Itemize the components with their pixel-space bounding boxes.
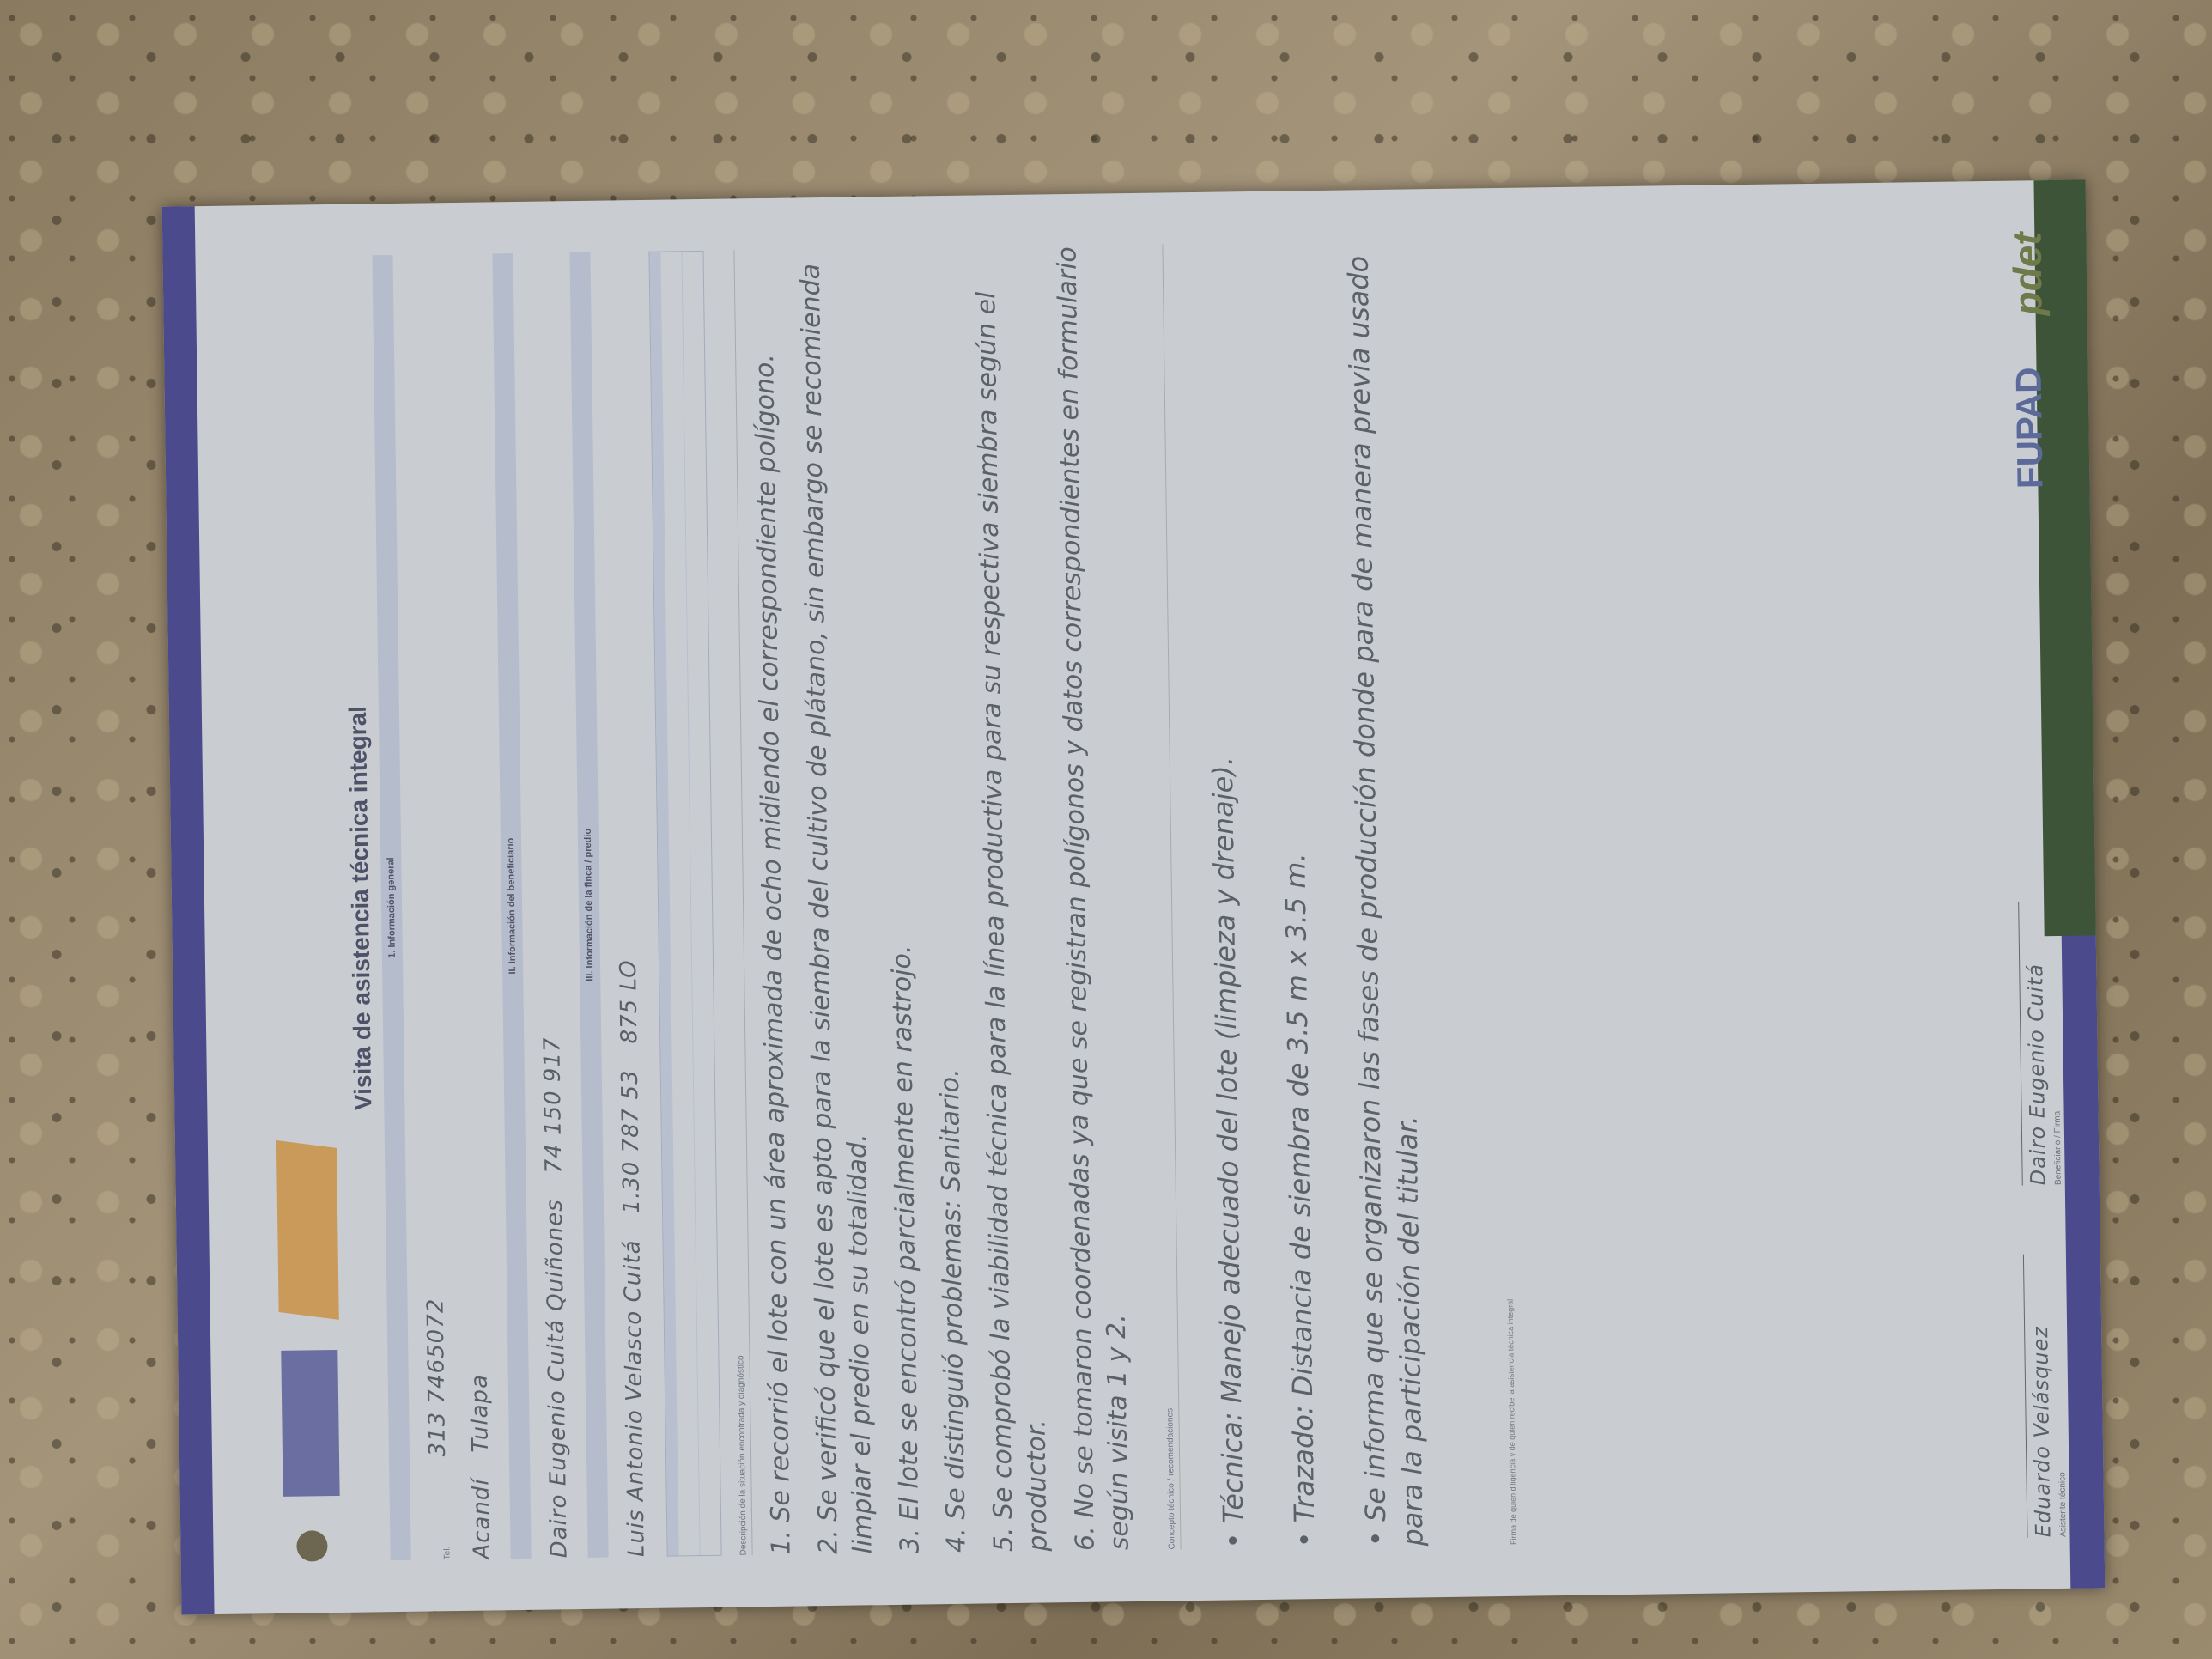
form-page: Visita de asistencia técnica integral 1.… xyxy=(162,179,2106,1614)
form-fields: 1. Información general Tel.313 7465072 A… xyxy=(372,200,659,1612)
form-footer: Eduardo VelásquezAsistente técnico Dairo… xyxy=(2003,232,2068,1538)
government-seal-icon xyxy=(296,1530,327,1561)
brand-logos: FUPAD pdet xyxy=(2003,232,2053,489)
observation-item: 3. El lote se encontró parcialmente en r… xyxy=(875,248,928,1553)
municipality-value: Acandí xyxy=(468,1478,495,1559)
document-id-value: 74 150 917 xyxy=(539,1036,567,1173)
ministry-logo xyxy=(281,1350,339,1497)
pdet-logo: pdet xyxy=(2003,232,2051,316)
beneficiary-name-value: Dairo Eugenio Cuitá Quiñones xyxy=(542,1199,573,1559)
farm-owner-value: Luis Antonio Velasco Cuitá xyxy=(620,1239,650,1557)
program-logo xyxy=(276,1140,339,1320)
observation-item: 4. Se distinguió problemas: Sanitario. xyxy=(921,247,975,1553)
phone-value: 313 7465072 xyxy=(422,1297,451,1456)
recommendations-section: Concepto técnico / recomendaciones • Téc… xyxy=(1139,189,1476,1601)
signature-technician: Eduardo VelásquezAsistente técnico xyxy=(2023,1254,2069,1538)
observations-header: Descripción de la situación encontrada y… xyxy=(720,250,752,1555)
footer-note: Firma de quien diligencia y de quien rec… xyxy=(1492,240,1518,1545)
signature-beneficiary: Dairo Eugenio CuitáBeneficiario / Firma xyxy=(2018,902,2063,1186)
coord-1-value: 1.30 787 53 xyxy=(617,1069,645,1214)
photographed-document: Visita de asistencia técnica integral 1.… xyxy=(162,179,2106,1614)
form-content: Visita de asistencia técnica integral 1.… xyxy=(229,179,2104,1613)
form-header xyxy=(229,204,352,1614)
recommendation-item: • Técnica: Manejo adecuado del lote (lim… xyxy=(1197,243,1252,1548)
fupad-logo: FUPAD xyxy=(2008,367,2051,489)
observation-item: 1. Se recorrió el lote con un área aprox… xyxy=(746,250,799,1555)
activity-table xyxy=(648,251,721,1557)
recommendation-item: • Trazado: Distancia de siembra de 3.5 m… xyxy=(1268,242,1323,1547)
field-label: Tel. xyxy=(441,1482,452,1559)
observation-item: 2. Se verificó que el lote es apto para … xyxy=(793,248,881,1554)
coord-2-value: 875 LO xyxy=(616,959,642,1043)
recommendation-item: • Se informa que se organizaron las fase… xyxy=(1340,240,1432,1547)
signatures: Eduardo VelásquezAsistente técnico Dairo… xyxy=(2018,902,2068,1538)
observation-item: 6. No se tomaron coordenadas ya que se r… xyxy=(1050,245,1138,1551)
observation-item: 5. Se comprobó la viabilidad técnica par… xyxy=(969,246,1056,1552)
vereda-value: Tulapa xyxy=(467,1374,494,1453)
observations-section: Descripción de la situación encontrada y… xyxy=(712,193,1159,1607)
